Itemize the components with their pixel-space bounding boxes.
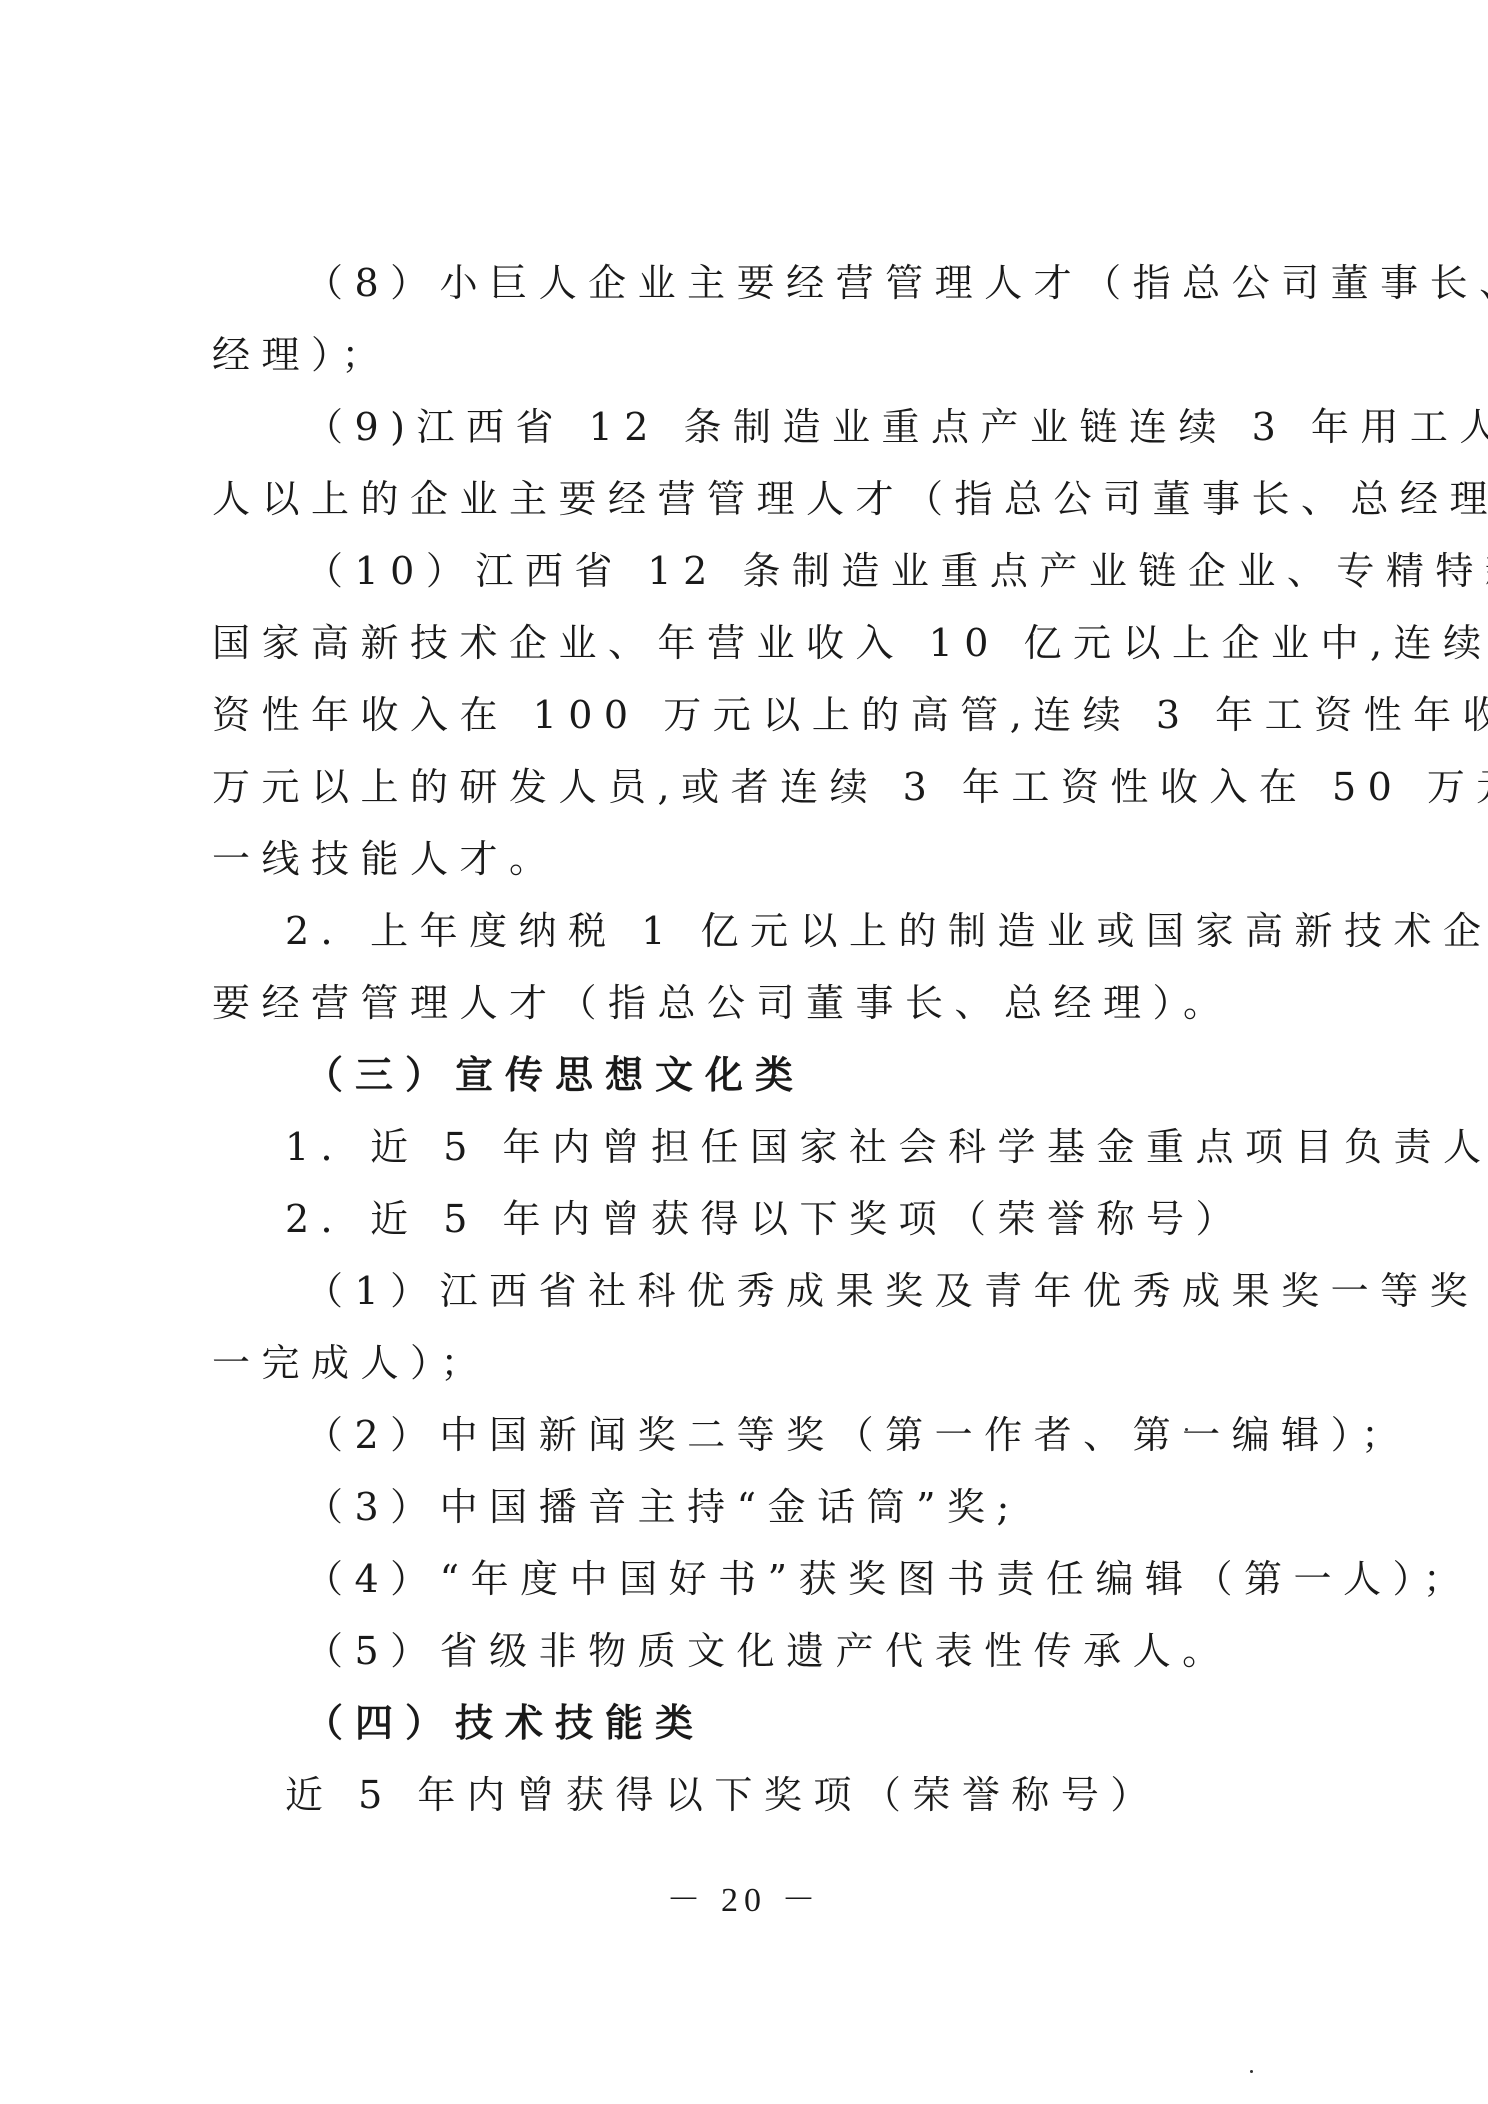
text-line: 人以上的企业主要经营管理人才（指总公司董事长、总经理）；: [212, 477, 1488, 521]
text-line: 要经营管理人才（指总公司董事长、总经理）。: [212, 981, 1233, 1025]
page-number: － 20 －: [0, 1872, 1488, 1921]
text-line: 资性年收入在 100 万元以上的高管,连续 3 年工资性年收入在 80: [212, 693, 1488, 737]
text-line: 一完成人）；: [212, 1341, 490, 1385]
text-line: （8）小巨人企业主要经营管理人才（指总公司董事长、总: [305, 261, 1488, 305]
document-page: （8）小巨人企业主要经营管理人才（指总公司董事长、总经理）；（9)江西省 12 …: [0, 0, 1488, 2104]
text-line: 1．近 5 年内曾担任国家社会科学基金重点项目负责人。: [285, 1125, 1488, 1169]
text-line: 经理）；: [212, 333, 391, 377]
scan-artifact-dot: [1185, 1428, 1188, 1431]
text-line: 近 5 年内曾获得以下奖项（荣誉称号）: [285, 1773, 1160, 1817]
section-heading: （三）宣传思想文化类: [305, 1053, 805, 1097]
text-line: 国家高新技术企业、年营业收入 10 亿元以上企业中,连续 3 年工: [212, 621, 1488, 665]
text-line: （3）中国播音主持“金话筒”奖;: [305, 1485, 1021, 1529]
scan-artifact-dot: [1250, 2070, 1253, 2073]
text-line: （10）江西省 12 条制造业重点产业链企业、专精特新企业、: [305, 549, 1488, 593]
text-line: 一线技能人才。: [212, 837, 559, 881]
text-line: （1）江西省社科优秀成果奖及青年优秀成果奖一等奖（第: [305, 1269, 1488, 1313]
text-line: （9)江西省 12 条制造业重点产业链连续 3 年用工人数 3000: [305, 405, 1488, 449]
text-line: （4）“年度中国好书”获奖图书责任编辑（第一人）；: [305, 1557, 1473, 1601]
text-line: （5）省级非物质文化遗产代表性传承人。: [305, 1629, 1232, 1673]
text-line: 万元以上的研发人员,或者连续 3 年工资性收入在 50 万元以上的: [212, 765, 1488, 809]
section-heading: （四）技术技能类: [305, 1701, 705, 1745]
text-line: （2）中国新闻奖二等奖（第一作者、第一编辑）；: [305, 1413, 1411, 1457]
text-line: 2．近 5 年内曾获得以下奖项（荣誉称号）: [285, 1197, 1245, 1241]
text-line: 2．上年度纳税 1 亿元以上的制造业或国家高新技术企业主: [285, 909, 1488, 953]
